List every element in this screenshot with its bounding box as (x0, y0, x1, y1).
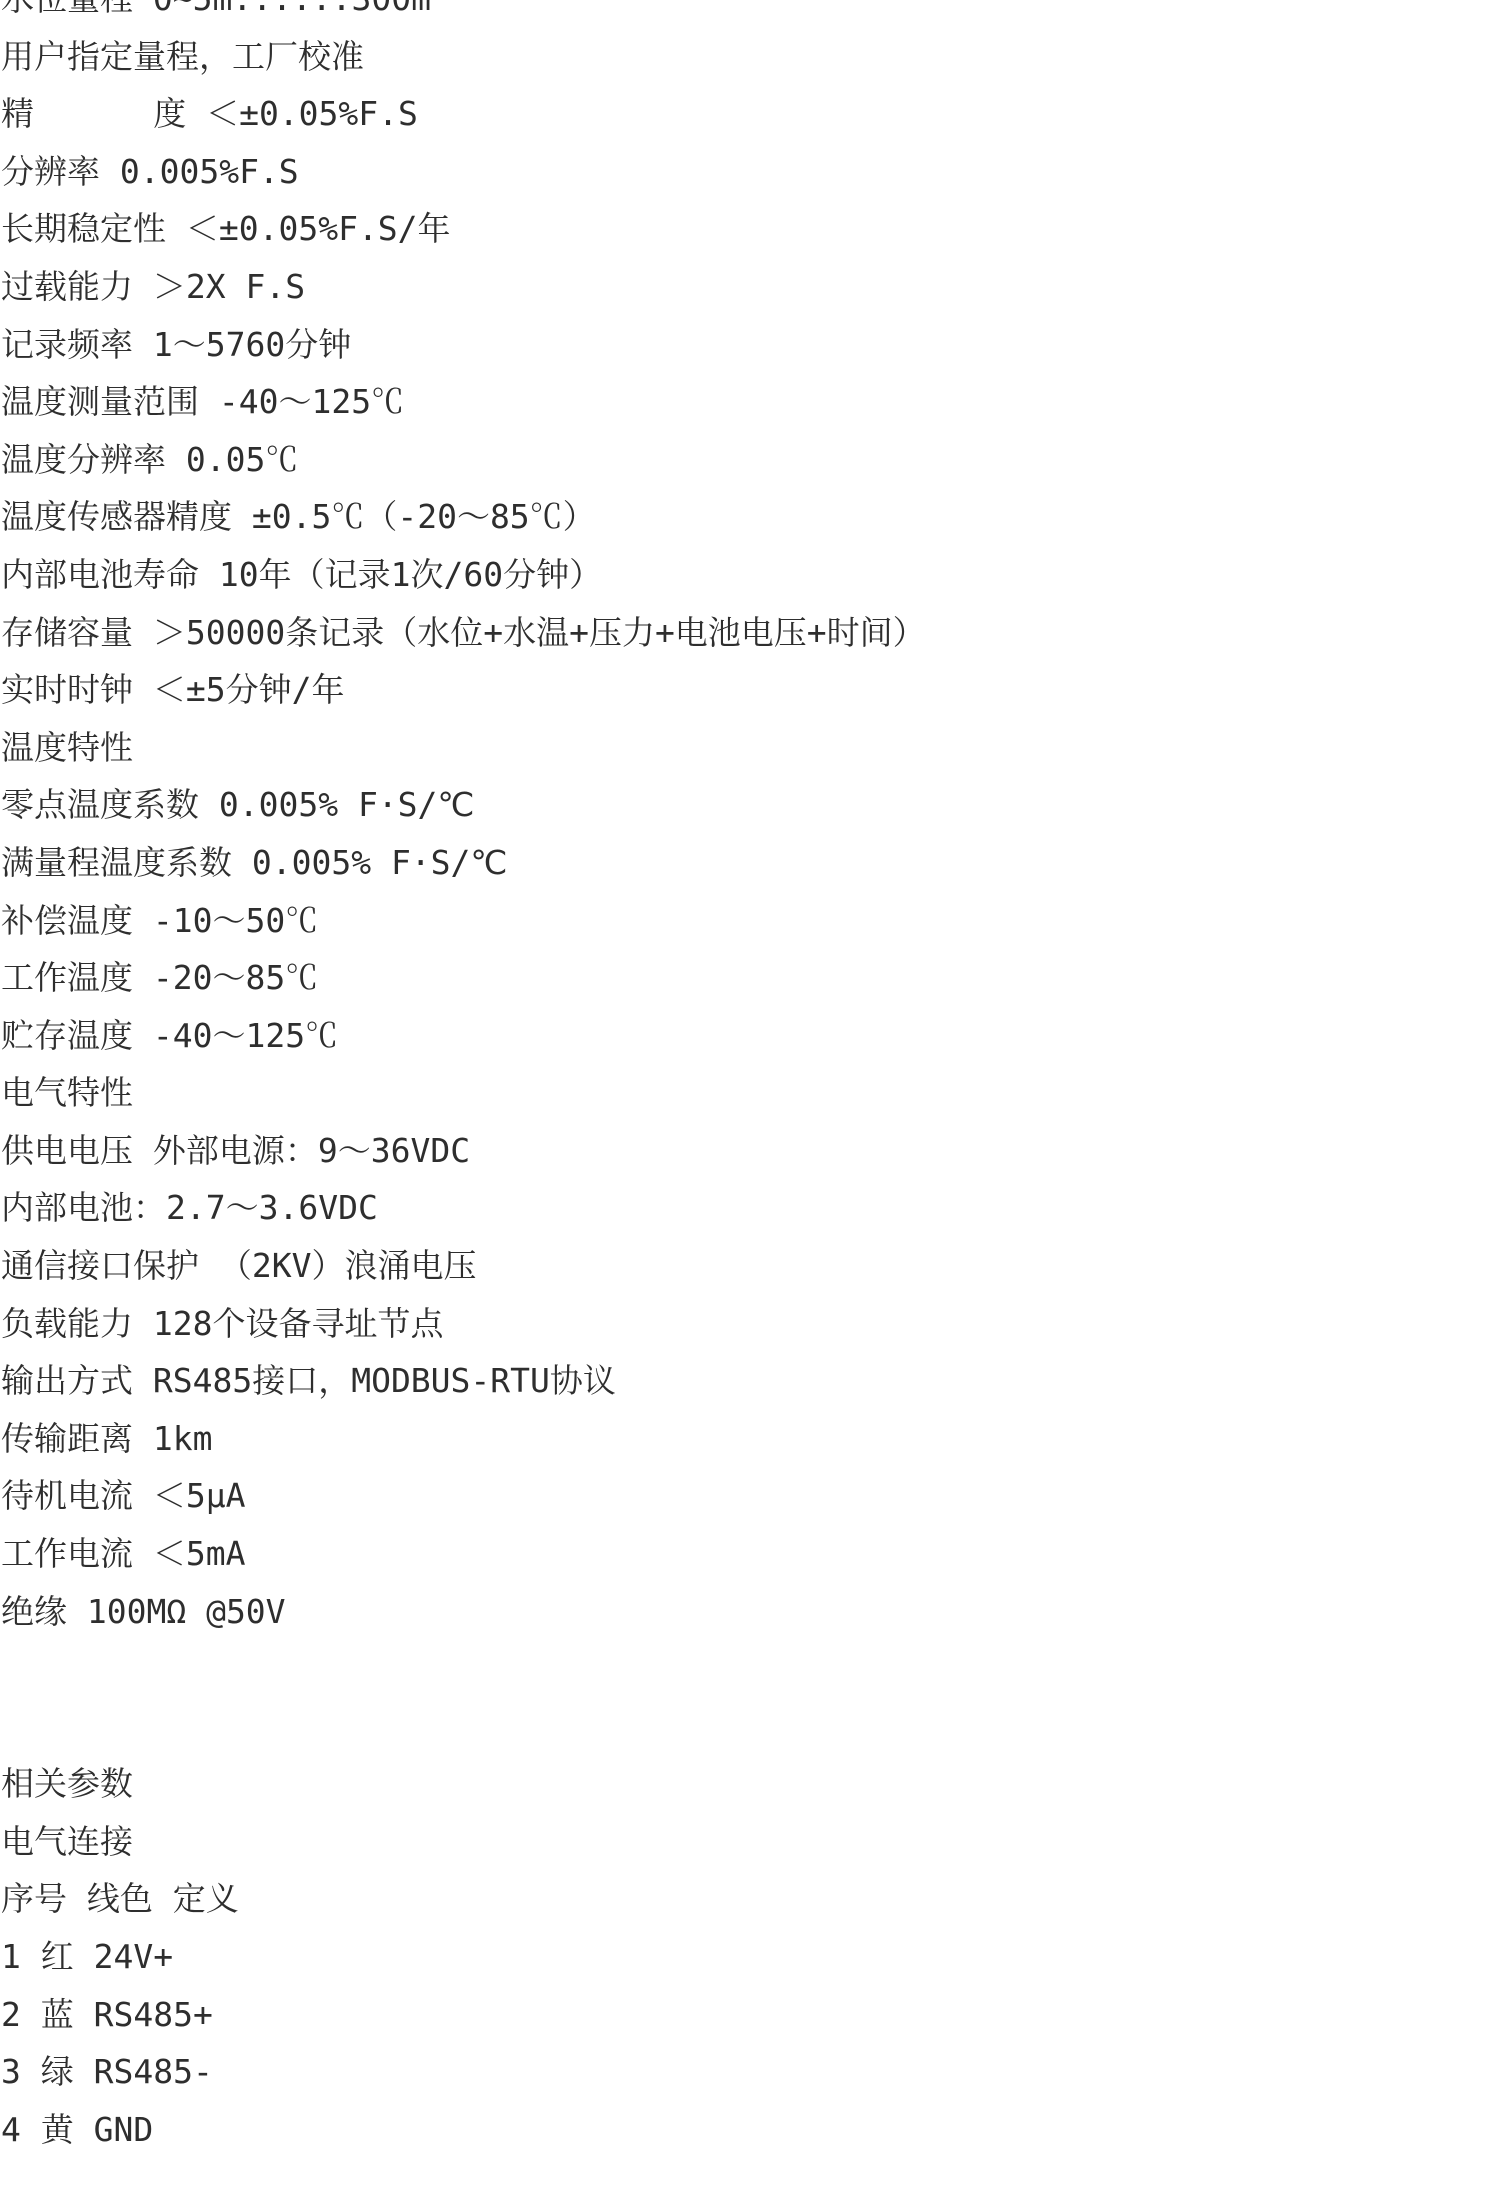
spec-line-record-frequency: 记录频率 1～5760分钟 (0, 316, 1500, 374)
spec-line-long-term-stability: 长期稳定性 ＜±0.05%F.S/年 (0, 200, 1500, 258)
spec-line-battery-life: 内部电池寿命 10年（记录1次/60分钟） (0, 546, 1500, 604)
spec-line-temp-sensor-accuracy: 温度传感器精度 ±0.5℃（-20～85℃） (0, 488, 1500, 546)
section-title-temperature: 温度特性 (0, 719, 1500, 777)
spec-line-output-mode: 输出方式 RS485接口，MODBUS-RTU协议 (0, 1352, 1500, 1410)
spec-line-accuracy: 精 度 ＜±0.05%F.S (0, 85, 1500, 143)
spec-line-fs-temp-coef: 满量程温度系数 0.005% F·S/℃ (0, 834, 1500, 892)
section-subtitle-electrical-connection: 电气连接 (0, 1813, 1500, 1871)
spec-line-water-level-range: 水位量程 0~5m......300m (0, 0, 1500, 28)
spec-line-interface-protection: 通信接口保护 （2KV）浪涌电压 (0, 1237, 1500, 1295)
spec-line-storage: 存储容量 ＞50000条记录（水位+水温+压力+电池电压+时间） (0, 604, 1500, 662)
wiring-table-row: 2 蓝 RS485+ (0, 1986, 1500, 2044)
wiring-table-row: 1 红 24V+ (0, 1928, 1500, 1986)
spec-line-resolution: 分辨率 0.005%F.S (0, 143, 1500, 201)
blank-space (0, 1640, 1500, 1755)
wiring-table-header: 序号 线色 定义 (0, 1870, 1500, 1928)
spec-line-zero-temp-coef: 零点温度系数 0.005% F·S/℃ (0, 776, 1500, 834)
spec-line-working-temp: 工作温度 -20～85℃ (0, 949, 1500, 1007)
spec-line-overload: 过载能力 ＞2X F.S (0, 258, 1500, 316)
section-title-electrical: 电气特性 (0, 1064, 1500, 1122)
spec-line-storage-temp: 贮存温度 -40～125℃ (0, 1007, 1500, 1065)
spec-line-temp-resolution: 温度分辨率 0.05℃ (0, 431, 1500, 489)
spec-line-working-current: 工作电流 ＜5mA (0, 1525, 1500, 1583)
spec-line-rtc: 实时时钟 ＜±5分钟/年 (0, 661, 1500, 719)
spec-line-internal-battery: 内部电池：2.7～3.6VDC (0, 1179, 1500, 1237)
spec-document: 水位量程 0~5m......300m 用户指定量程，工厂校准 精 度 ＜±0.… (0, 0, 1500, 2158)
wiring-table-row: 4 黄 GND (0, 2101, 1500, 2159)
spec-line-user-range: 用户指定量程，工厂校准 (0, 28, 1500, 86)
spec-line-compensation-temp: 补偿温度 -10～50℃ (0, 892, 1500, 950)
spec-line-transmission-distance: 传输距离 1km (0, 1410, 1500, 1468)
spec-line-temp-range: 温度测量范围 -40～125℃ (0, 373, 1500, 431)
spec-line-insulation: 绝缘 100MΩ @50V (0, 1583, 1500, 1641)
spec-line-supply-voltage: 供电电压 外部电源：9～36VDC (0, 1122, 1500, 1180)
section-title-related-params: 相关参数 (0, 1755, 1500, 1813)
spec-line-standby-current: 待机电流 ＜5μA (0, 1467, 1500, 1525)
spec-line-load-capacity: 负载能力 128个设备寻址节点 (0, 1295, 1500, 1353)
wiring-table-row: 3 绿 RS485- (0, 2043, 1500, 2101)
